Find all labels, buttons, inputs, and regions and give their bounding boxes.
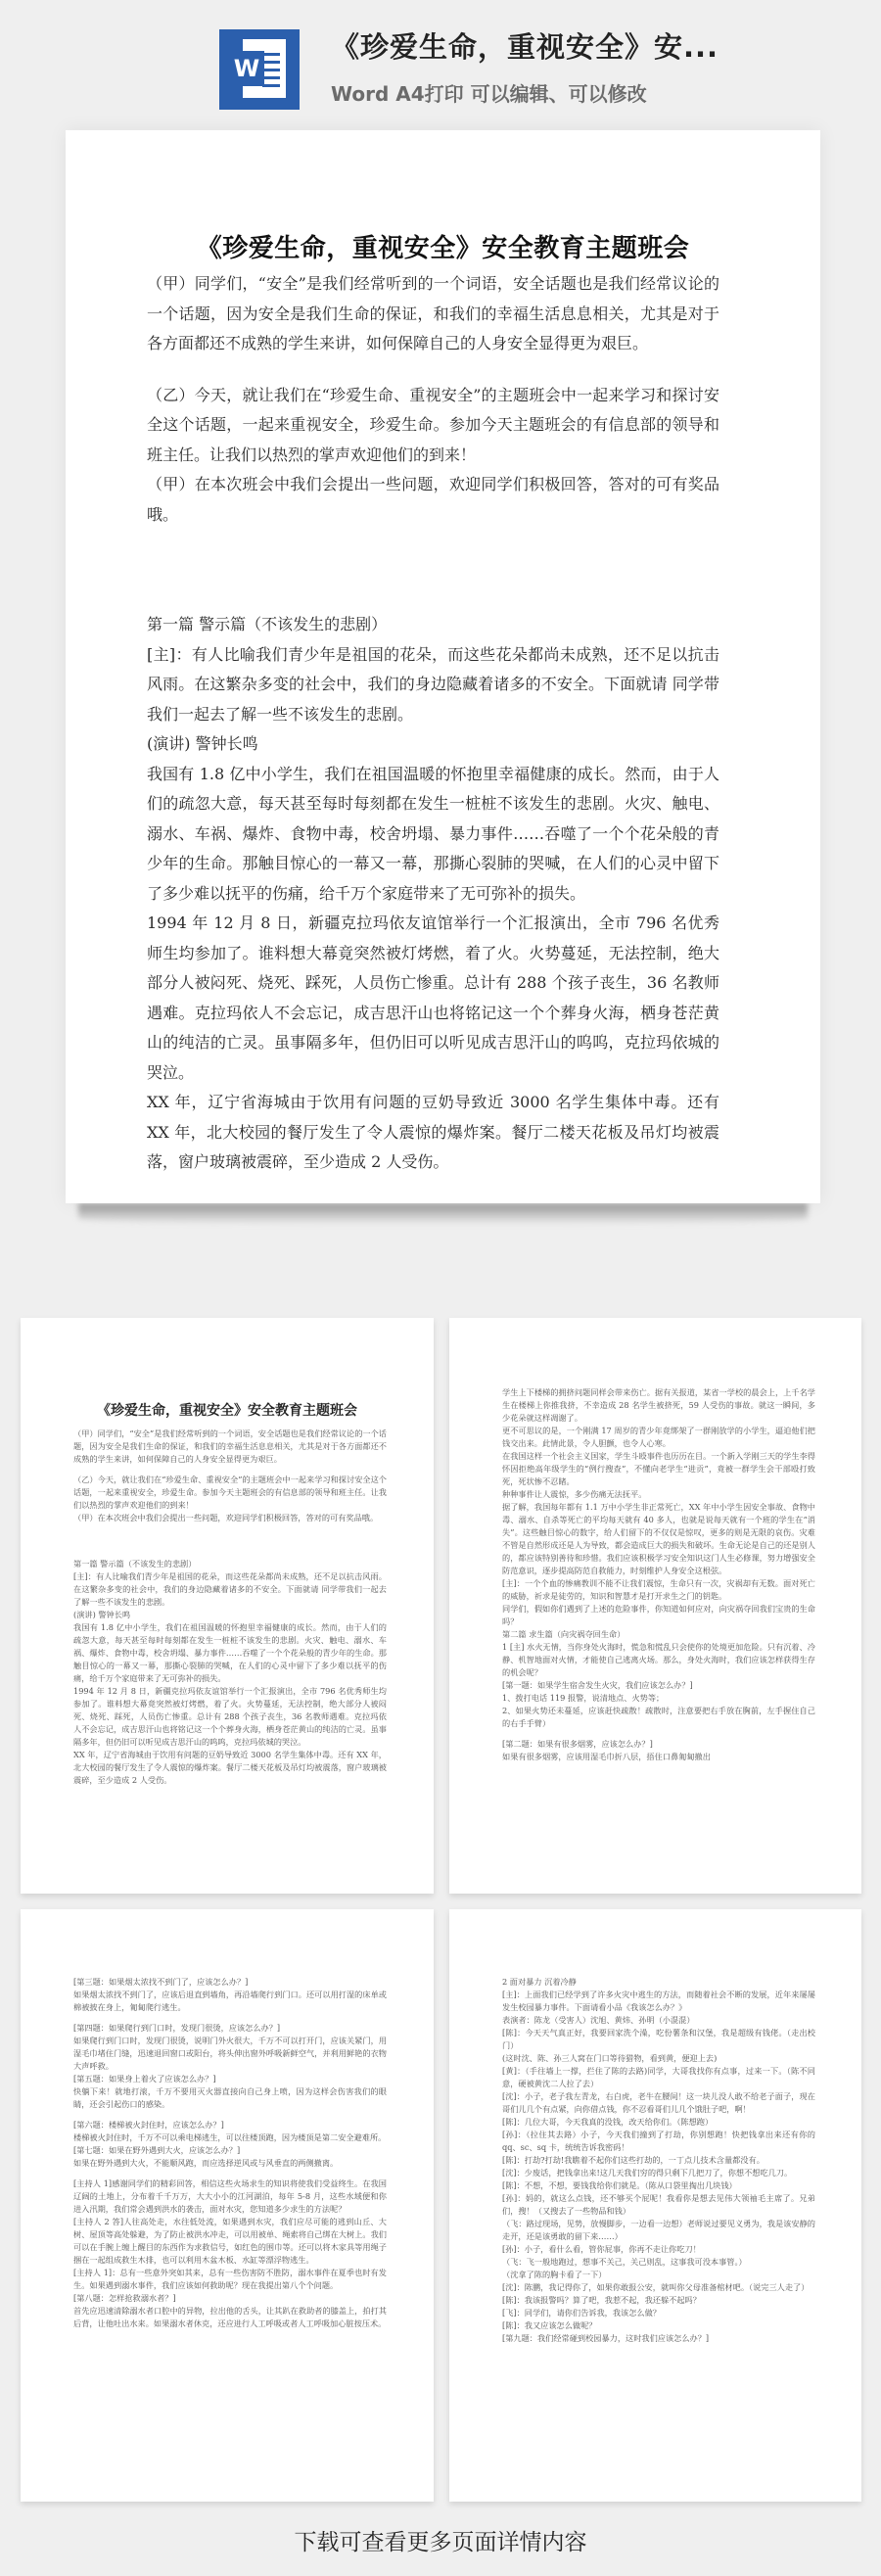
thumb-paragraph: 1 [主] 水火无情，当你身处火海时，慌急和慌乱只会使你的处境更加危险。只有沉着… [502,1641,815,1679]
thumb-paragraph: [陈]：我又应该怎么做呢？ [502,2319,815,2332]
thumb-paragraph: [主]：有人比喻我们青少年是祖国的花朵，而这些花朵都尚未成熟，还不足以抗击风雨。… [73,1570,387,1609]
thumb-paragraph: [陈]：不想，不想，要钱我给你们就是。（陈从口袋里掏出几块钱） [502,2179,815,2192]
thumbnail-page-4[interactable]: 2 面对暴力 沉着冷静 [主]：上面我们已经学到了许多火灾中逃生的方法，而随着社… [449,1909,861,2502]
thumb-paragraph: [孙]：（拉住其去路）小子，今天我们撞到了打劫，你别想跑！快把钱拿出来还有你的 … [502,2129,815,2154]
thumb-paragraph: （沈拿了陈的胸卡看了一下） [502,2269,815,2281]
thumb-paragraph: [第八题：怎样抢救溺水者？] [73,2292,387,2305]
thumb-paragraph: [陈]：我该报警吗？算了吧，我惹不起，我还躲不起吗？ [502,2294,815,2307]
thumb-paragraph: （甲）同学们，“安全”是我们经常听到的一个词语，安全话题也是我们经常议论的一个话… [73,1428,387,1466]
thumb-paragraph: [第二题：如果有很多烟雾，应该怎么办？] [502,1738,815,1751]
thumb-paragraph: [沈]：少废话，把钱拿出来!这几天我们穷的得只剩下几把刀了，你想不想吃几刀。 [502,2167,815,2179]
thumb-title: 《珍爱生命，重视安全》安全教育主题班会 [21,1400,434,1420]
thumb-paragraph: 在我国这样一个社会主义国家，学生斗殴事件也历历在目。一个新入学刚三天的学生李得怀… [502,1450,815,1488]
thumb-paragraph: 2、如果火势还未蔓延，应该赶快疏散！疏散时，注意要把右手放在胸前，左手握住自己的… [502,1705,815,1730]
thumb-paragraph: [主持人 1]感谢同学们的精彩回答，相信这些火场求生的知识将使我们受益终生。在我… [73,2178,387,2216]
thumb-paragraph: (这时沈、陈、孙三人窝在门口等待猎物，看到黄，便迎上去) [502,2052,815,2065]
thumb-paragraph: [孙]：妈的，就这么点钱，还不够买个屁呢！我看你是想去见伟大领袖毛主席了。兄弟们… [502,2192,815,2218]
thumb-paragraph: [主持人 2 答]人往高处走，水往低处流，如果遇到水灾，我们应尽可能的逃到山丘、… [73,2216,387,2267]
thumb-paragraph: [第五题：如果身上着火了应该怎么办？] [73,2073,387,2085]
thumb-paragraph: [第九题：我们经常碰到校园暴力，这时我们应该怎么办？] [502,2332,815,2345]
thumb-paragraph: 2 面对暴力 沉着冷静 [502,1976,815,1989]
thumb-paragraph: [第六题：楼梯被火封住时，应该怎么办？] [73,2119,387,2131]
paragraph-jia-questions: （甲）在本次班会中我们会提出一些问题，欢迎同学们积极回答，答对的可有奖品哦。 [147,470,719,530]
word-letter-w: W [229,51,264,86]
thumb-paragraph: 我国有 1.8 亿中小学生，我们在祖国温暖的怀抱里幸福健康的成长。然而，由于人们… [73,1621,387,1685]
section-heading-warning: 第一篇 警示篇（不该发生的悲剧） [147,610,719,640]
thumb-paragraph: [第一题：如果学生宿舍发生火灾，我们应该怎么办？] [502,1679,815,1692]
thumb-paragraph: 更不可思议的是，一个刚满 17 周岁的青少年竟绑架了一群刚放学的小学生，逼迫他们… [502,1425,815,1450]
page-body: （甲）同学们，“安全”是我们经常听到的一个词语，安全话题也是我们经常议论的一个话… [147,269,719,1178]
thumb-paragraph: [主]：一个个血的惨痛教训不能不让我们震惊，生命只有一次，灾祸却有无数。面对死亡… [502,1577,815,1603]
thumbnail-page-3[interactable]: [第三题：如果烟太浓找不到门了，应该怎么办？] 如果烟太浓找不到门了，应该后退直… [21,1909,434,2502]
thumb-paragraph: [第七题：如果在野外遇到大火，应该怎么办？] [73,2144,387,2157]
thumb-body: 2 面对暴力 沉着冷静 [主]：上面我们已经学到了许多火灾中逃生的方法，而随着社… [502,1976,815,2345]
thumb-paragraph: 快躺下来！就地打滚，千万不要用灭火器直接向自己身上喷，因为这样会伤害我们的眼睛，… [73,2085,387,2111]
thumb-paragraph: XX 年，辽宁省海城由于饮用有问题的豆奶导致近 3000 名学生集体中毒。还有 … [73,1749,387,1787]
thumb-paragraph: 1994 年 12 月 8 日，新疆克拉玛依友谊馆举行一个汇报演出，全市 796… [73,1685,387,1749]
thumb-body: [第三题：如果烟太浓找不到门了，应该怎么办？] 如果烟太浓找不到门了，应该后退直… [73,1976,387,2330]
thumb-paragraph: [主]：上面我们已经学到了许多火灾中逃生的方法，而随着社会不断的发展，近年来屡屡… [502,1989,815,2014]
page-heading: 《珍爱生命，重视安全》安全教育主题班会 [66,228,820,264]
thumb-paragraph: （飞：路过现场，见势，放慢脚步，一边看一边想）老师说过要见义勇为，我是该安静的走… [502,2218,815,2243]
paragraph-incidents: XX 年，辽宁省海城由于饮用有问题的豆奶导致近 3000 名学生集体中毒。还有 … [147,1088,719,1178]
thumb-paragraph: [沈]：陈鹏，我记得你了，如果你敢报公安，就叫你父母准备棺材吧。（说完三人走了） [502,2281,815,2294]
thumb-paragraph: 表演者：陈龙（受害人）沈旭、黄炜、孙明（小混混） [502,2014,815,2027]
document-title: 《珍爱生命，重视安全》安... [331,25,719,66]
thumb-paragraph: 第一篇 警示篇（不该发生的悲剧） [73,1558,387,1570]
thumb-body: 学生上下楼梯的拥挤问题同样会带来伤亡。据有关报道，某省一学校的晨会上，上千名学生… [502,1386,815,1763]
document-header: W 《珍爱生命，重视安全》安... Word A4打印 可以编辑、可以修改 [0,0,881,122]
download-more-link[interactable]: 下载可查看更多页面详情内容 [0,2524,881,2556]
paragraph-intro-yi: （乙）今天，就让我们在“珍爱生命、重视安全”的主题班会中一起来学习和探讨安全这个… [147,381,719,471]
thumb-paragraph: （甲）在本次班会中我们会提出一些问题，欢迎同学们积极回答，答对的可有奖品哦。 [73,1512,387,1524]
thumb-paragraph: 学生上下楼梯的拥挤问题同样会带来伤亡。据有关报道，某省一学校的晨会上，上千名学生… [502,1386,815,1425]
thumb-paragraph: （飞：飞一般地跑过，想事不关己，关己则乱，这事我可没本事管。） [502,2256,815,2269]
thumbnail-page-1[interactable]: 《珍爱生命，重视安全》安全教育主题班会 （甲）同学们，“安全”是我们经常听到的一… [21,1318,434,1894]
thumb-paragraph: [陈]：几位大哥，今天我真的没钱，改天给你们。（陈想跑） [502,2116,815,2129]
thumb-paragraph: 首先应迅速清除溺水者口腔中的异物，拉出他的舌头，让其趴在救助者的膝盖上，拍打其后… [73,2305,387,2330]
thumb-paragraph: [沈]：小子，老子我左青龙，右白虎，老牛在腰间！这一块儿没人敢不给老子面子，现在… [502,2090,815,2116]
main-preview-page: 《珍爱生命，重视安全》安全教育主题班会 （甲）同学们，“安全”是我们经常听到的一… [66,130,820,1203]
thumb-paragraph: 同学们，假如你们遇到了上述的危险事件，你知道如何应对，向灾祸夺回我们宝贵的生命吗… [502,1603,815,1628]
thumbnail-page-2[interactable]: 学生上下楼梯的拥挤问题同样会带来伤亡。据有关报道，某省一学校的晨会上，上千名学生… [449,1318,861,1894]
thumb-paragraph: 1、拨打电话 119 报警，说清地点、火势等； [502,1692,815,1705]
thumb-paragraph: [主持人 1]：总有一些意外突如其来，总有一些伤害防不胜防，溺水事件在夏季也时有… [73,2267,387,2292]
thumb-paragraph: 据了解，我国每年都有 1.1 万中小学生非正常死亡，XX 年中小学生因安全事故、… [502,1501,815,1577]
thumb-paragraph: 楼梯被火封住时，千万不可以乘电梯逃生，可以往楼顶跑，因为楼顶是第二安全避难所。 [73,2131,387,2144]
paragraph-karamay: 1994 年 12 月 8 日，新疆克拉玛依友谊馆举行一个汇报演出，全市 796… [147,909,719,1088]
thumb-paragraph: 如果在野外遇到大火，不能顺风跑，而应选择逆风或与风垂直的两侧撤离。 [73,2157,387,2170]
thumb-paragraph: 如果有很多烟雾，应该用湿毛巾折八层，捂住口鼻匍匐撤出 [502,1751,815,1763]
word-doc-icon: W [219,29,300,110]
document-subtitle: Word A4打印 可以编辑、可以修改 [331,78,647,107]
thumb-paragraph: [孙]：小子，看什么看，管你屁事，你再不走让你吃刀！ [502,2243,815,2256]
thumb-paragraph: （乙）今天，就让我们在“珍爱生命、重视安全”的主题班会中一起来学习和探讨安全这个… [73,1474,387,1512]
paragraph-host: [主]：有人比喻我们青少年是祖国的花朵，而这些花朵都尚未成熟，还不足以抗击风雨。… [147,640,719,730]
thumb-paragraph: [黄]：（手往墙上一撑，拦住了陈的去路)同学，大哥我找你有点事，过来一下。（陈不… [502,2065,815,2090]
thumb-paragraph: [飞]：同学们，请你们告诉我，我该怎么做？ [502,2307,815,2319]
thumb-paragraph: 如果烟太浓找不到门了，应该后退直到墙角，再沿墙爬行到门口。还可以用打湿的床单或棉… [73,1989,387,2014]
page-shadow [78,1203,808,1225]
thumb-paragraph: [第三题：如果烟太浓找不到门了，应该怎么办？] [73,1976,387,1989]
thumb-paragraph: [陈]：打劫?打劫!我瞧着不起你们这些打劫的，一丁点儿技术含量都没有。 [502,2154,815,2167]
thumb-paragraph: 种种事件让人震惊，多少伤痛无法抚平。 [502,1488,815,1501]
thumb-paragraph: (演讲) 警钟长鸣 [73,1609,387,1621]
thumb-body: （甲）同学们，“安全”是我们经常听到的一个词语，安全话题也是我们经常议论的一个话… [73,1428,387,1787]
thumb-paragraph: 如果爬行到门口时，发现门很烫，说明门外火很大，千万不可以打开门，应该关紧门，用湿… [73,2035,387,2073]
thumb-paragraph: 第二篇 求生篇（向灾祸夺回生命） [502,1628,815,1641]
thumb-paragraph: [第四题：如果爬行到门口时，发现门很烫，应该怎么办？] [73,2022,387,2035]
thumb-paragraph: [陈]：今天天气真正好，我要回家洗个澡，吃份薯条和汉堡，我是超级有钱佬。（走出校… [502,2027,815,2052]
paragraph-speech: 我国有 1.8 亿中小学生，我们在祖国温暖的怀抱里幸福健康的成长。然而，由于人们… [147,760,719,910]
speech-heading: (演讲) 警钟长鸣 [147,729,719,760]
paragraph-intro-jia: （甲）同学们，“安全”是我们经常听到的一个词语，安全话题也是我们经常议论的一个话… [147,269,719,359]
